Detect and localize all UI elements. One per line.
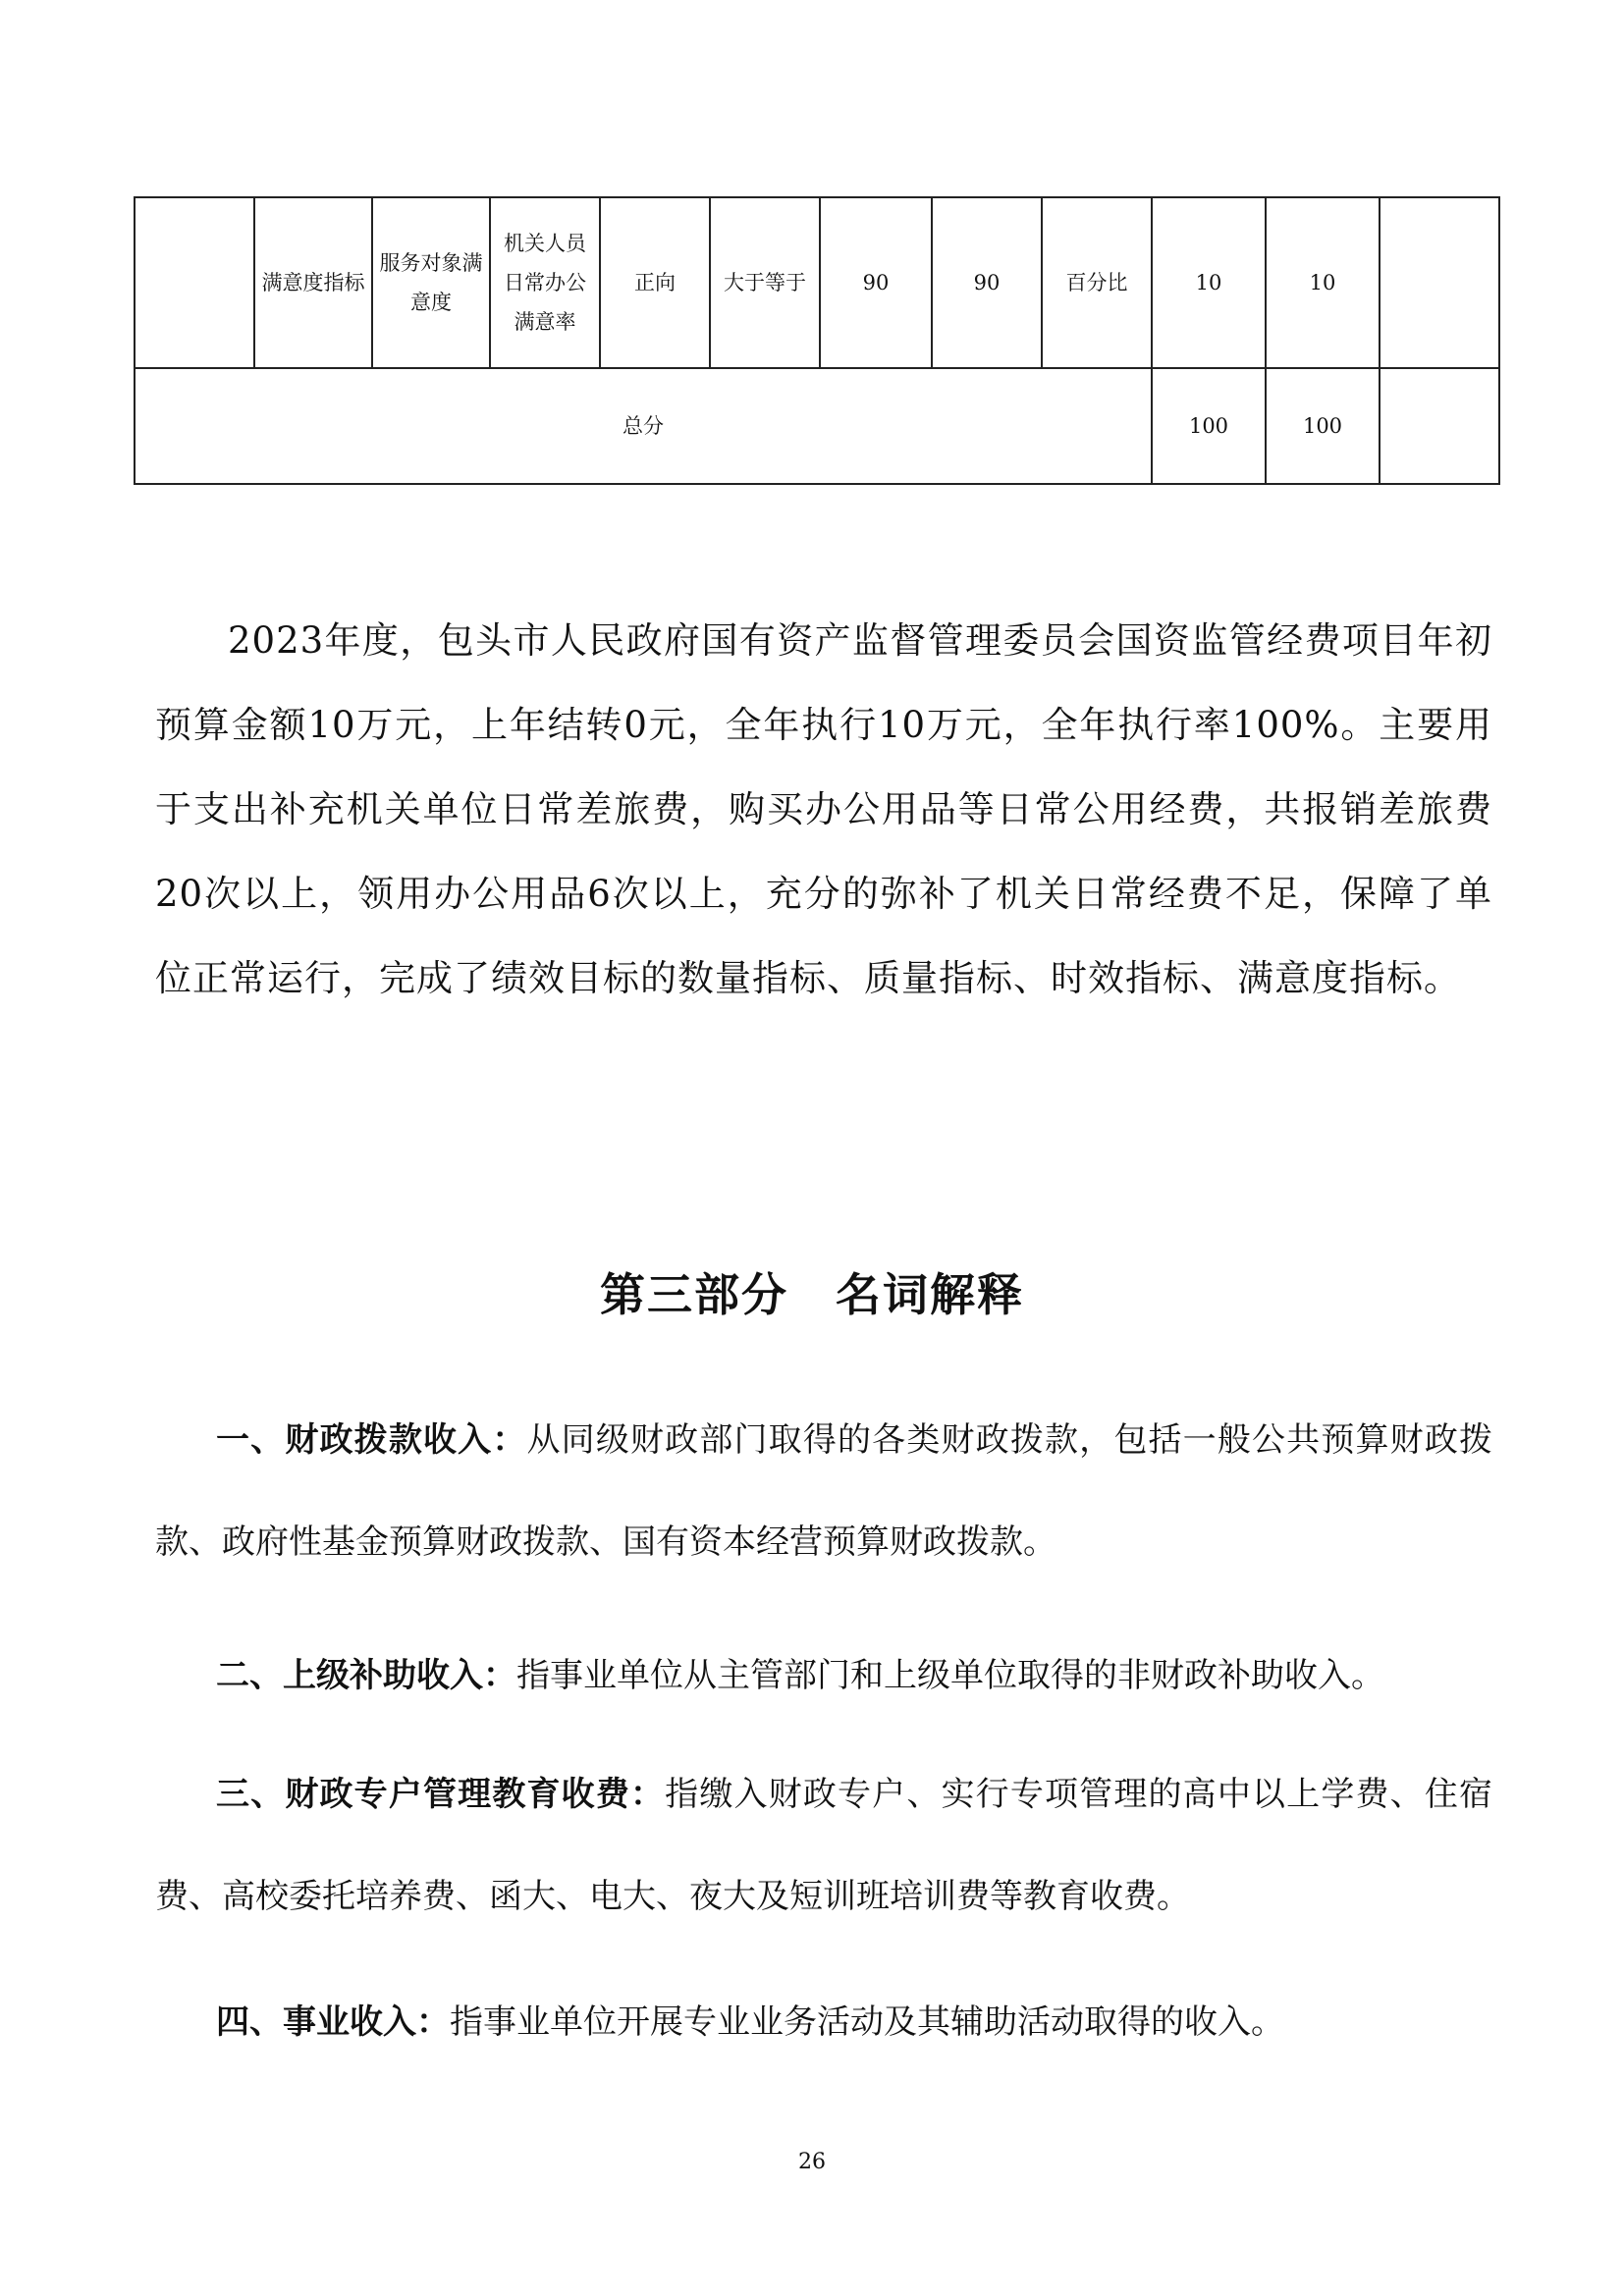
cell-weight: 10 [1152,197,1266,368]
cell-indicator-level3: 服务对象满意度 [372,197,490,368]
definition-1: 一、财政拨款收入：从同级财政部门取得的各类财政拨款，包括一般公共预算财政拨款、政… [155,1389,1492,1593]
cell-category [135,197,254,368]
performance-table: 满意度指标 服务对象满意度 机关人员日常办公满意率 正向 大于等于 90 90 … [134,196,1500,485]
page-number: 26 [0,2150,1624,2174]
definition-text: 指事业单位从主管部门和上级单位取得的非财政补助收入。 [516,1656,1384,1695]
cell-actual-value: 90 [932,197,1042,368]
cell-unit: 百分比 [1042,197,1152,368]
table-row-total: 总分 100 100 [135,368,1499,484]
definition-4: 四、事业收入：指事业单位开展专业业务活动及其辅助活动取得的收入。 [155,1971,1492,2073]
cell-direction: 正向 [600,197,710,368]
summary-paragraph: 2023年度，包头市人民政府国有资产监督管理委员会国资监管经费项目年初预算金额1… [155,599,1492,1021]
cell-total-label: 总分 [135,368,1152,484]
definition-term: 四、事业收入： [216,2002,450,2042]
cell-operator: 大于等于 [710,197,820,368]
cell-total-allocated: 100 [1152,368,1266,484]
definition-term: 二、上级补助收入： [216,1656,516,1695]
cell-total-obtained: 100 [1266,368,1380,484]
definition-term: 三、财政专户管理教育收费： [216,1775,665,1814]
cell-total-remark [1380,368,1499,484]
cell-indicator-name: 机关人员日常办公满意率 [490,197,600,368]
definition-text: 指事业单位开展专业业务活动及其辅助活动取得的收入。 [450,2002,1284,2042]
section-title: 第三部分 名词解释 [0,1259,1624,1324]
cell-target-value: 90 [820,197,932,368]
cell-score: 10 [1266,197,1380,368]
definition-3: 三、财政专户管理教育收费：指缴入财政专户、实行专项管理的高中以上学费、住宿费、高… [155,1743,1492,1948]
definition-2: 二、上级补助收入：指事业单位从主管部门和上级单位取得的非财政补助收入。 [155,1625,1492,1727]
table-row-satisfaction: 满意度指标 服务对象满意度 机关人员日常办公满意率 正向 大于等于 90 90 … [135,197,1499,368]
cell-indicator-level2: 满意度指标 [254,197,372,368]
cell-remark [1380,197,1499,368]
definition-term: 一、财政拨款收入： [216,1420,527,1460]
